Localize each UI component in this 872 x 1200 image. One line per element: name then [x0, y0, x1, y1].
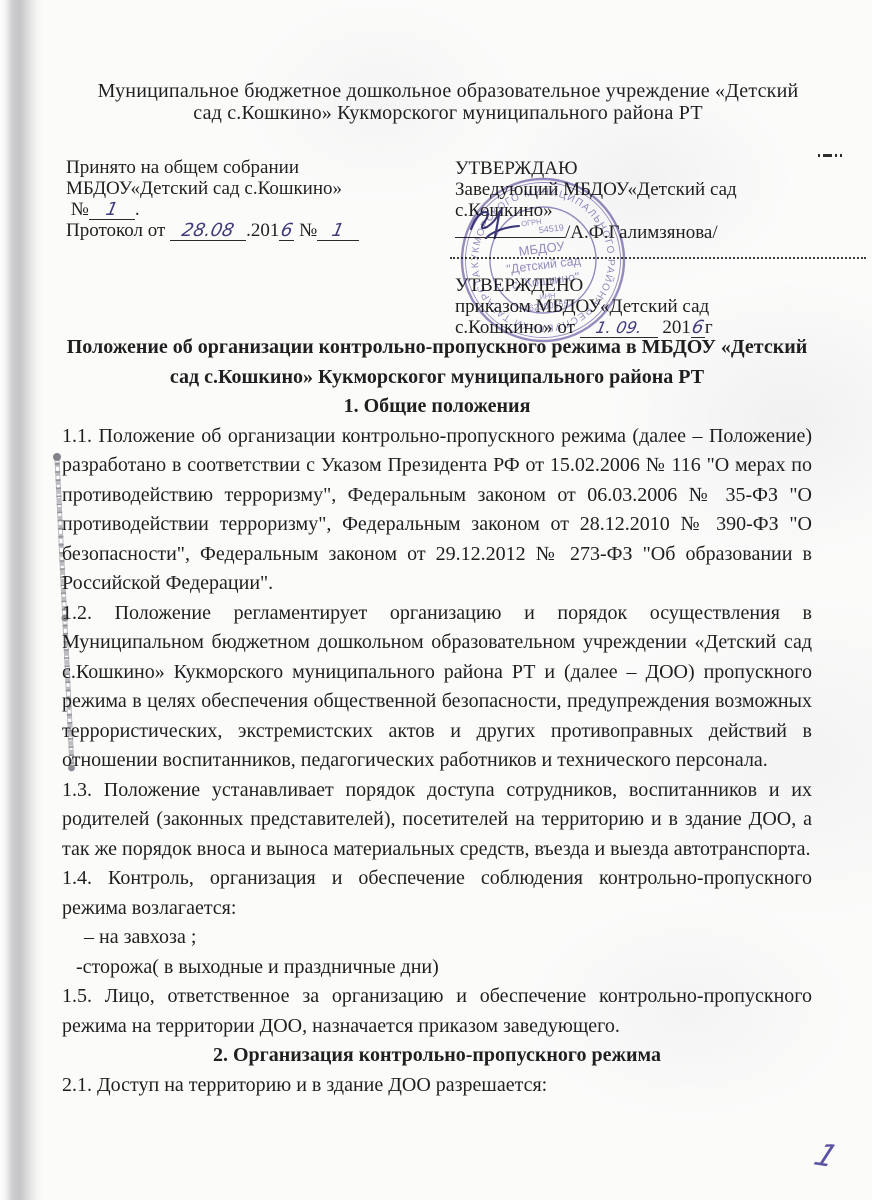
accepted-line-2: МБДОУ«Детский сад с.Кошкино» — [66, 178, 359, 199]
year-printed: .201 — [246, 220, 279, 241]
accepted-block: Принято на общем собрании МБДОУ«Детский … — [66, 157, 359, 241]
approve-heading: УТВЕРЖДАЮ — [455, 158, 737, 179]
handwritten-signature — [449, 199, 569, 239]
section-heading-2: 2. Организация контрольно-пропускного ре… — [62, 1041, 812, 1071]
document-org-header: Муниципальное бюджетное дошкольное образ… — [90, 80, 806, 124]
handwritten-protocol-no: 1 — [105, 203, 119, 217]
protocol-date-blank: 28.08 — [170, 224, 246, 241]
protocol-label: Протокол от — [66, 220, 165, 241]
protocol-no-blank: 1 — [317, 224, 359, 241]
number-blank: 1 — [89, 203, 135, 220]
document-title: Положение об организации контрольно-проп… — [62, 333, 812, 392]
number-sign: № — [71, 199, 89, 220]
accepted-number-line: №1. — [66, 199, 359, 220]
document-body: Положение об организации контрольно-проп… — [62, 333, 812, 1100]
approved-order-block: УТВЕРЖДЕНО приказом МБДОУ«Детский сад с.… — [455, 275, 713, 338]
signature-line: /А.Ф.Галимзянова/ — [455, 221, 737, 243]
paragraph-1-5: 1.5. Лицо, ответственное за организацию … — [62, 982, 812, 1041]
number-sign: № — [299, 220, 317, 241]
paragraph-1-1: 1.1. Положение об организации контрольно… — [62, 422, 812, 599]
signature-name: /А.Ф.Галимзянова/ — [565, 222, 718, 243]
scan-marks — [818, 154, 842, 157]
approved-order-heading: УТВЕРЖДЕНО — [455, 275, 713, 296]
paragraph-1-3: 1.3. Положение устанавливает порядок дос… — [62, 776, 812, 865]
paragraph-1-2: 1.2. Положение регламентирует организаци… — [62, 599, 812, 776]
list-item-zavhoz: – на завхоза ; — [62, 923, 812, 953]
handwritten-year-digit: 6 — [280, 224, 294, 238]
handwritten-protocol-date: 28.08 — [181, 224, 236, 238]
list-item-storozh: -сторожа( в выходные и праздничные дни) — [62, 953, 812, 983]
protocol-line: Протокол от 28.08.2016 №1 — [66, 220, 359, 241]
handwritten-page-number: 1 — [809, 1137, 843, 1174]
scanned-document-page: Муниципальное бюджетное дошкольное образ… — [0, 0, 872, 1200]
approve-block: УТВЕРЖДАЮ Заведующий МБДОУ«Детский сад с… — [455, 158, 737, 243]
handwritten-protocol-no-2: 1 — [331, 224, 345, 238]
paragraph-1-4: 1.4. Контроль, организация и обеспечение… — [62, 864, 812, 923]
scan-left-edge-shadow — [0, 0, 42, 1200]
accepted-line-1: Принято на общем собрании — [66, 157, 359, 178]
dotted-separator — [450, 245, 866, 259]
section-heading-1: 1. Общие положения — [62, 392, 812, 422]
paragraph-2-1: 2.1. Доступ на территорию и в здание ДОО… — [62, 1071, 812, 1101]
year-digit-blank: 6 — [279, 224, 294, 241]
approve-line-2: Заведующий МБДОУ«Детский сад — [455, 179, 737, 200]
period: . — [135, 199, 140, 220]
approved-order-line-2: приказом МБДОУ«Детский сад — [455, 296, 713, 317]
